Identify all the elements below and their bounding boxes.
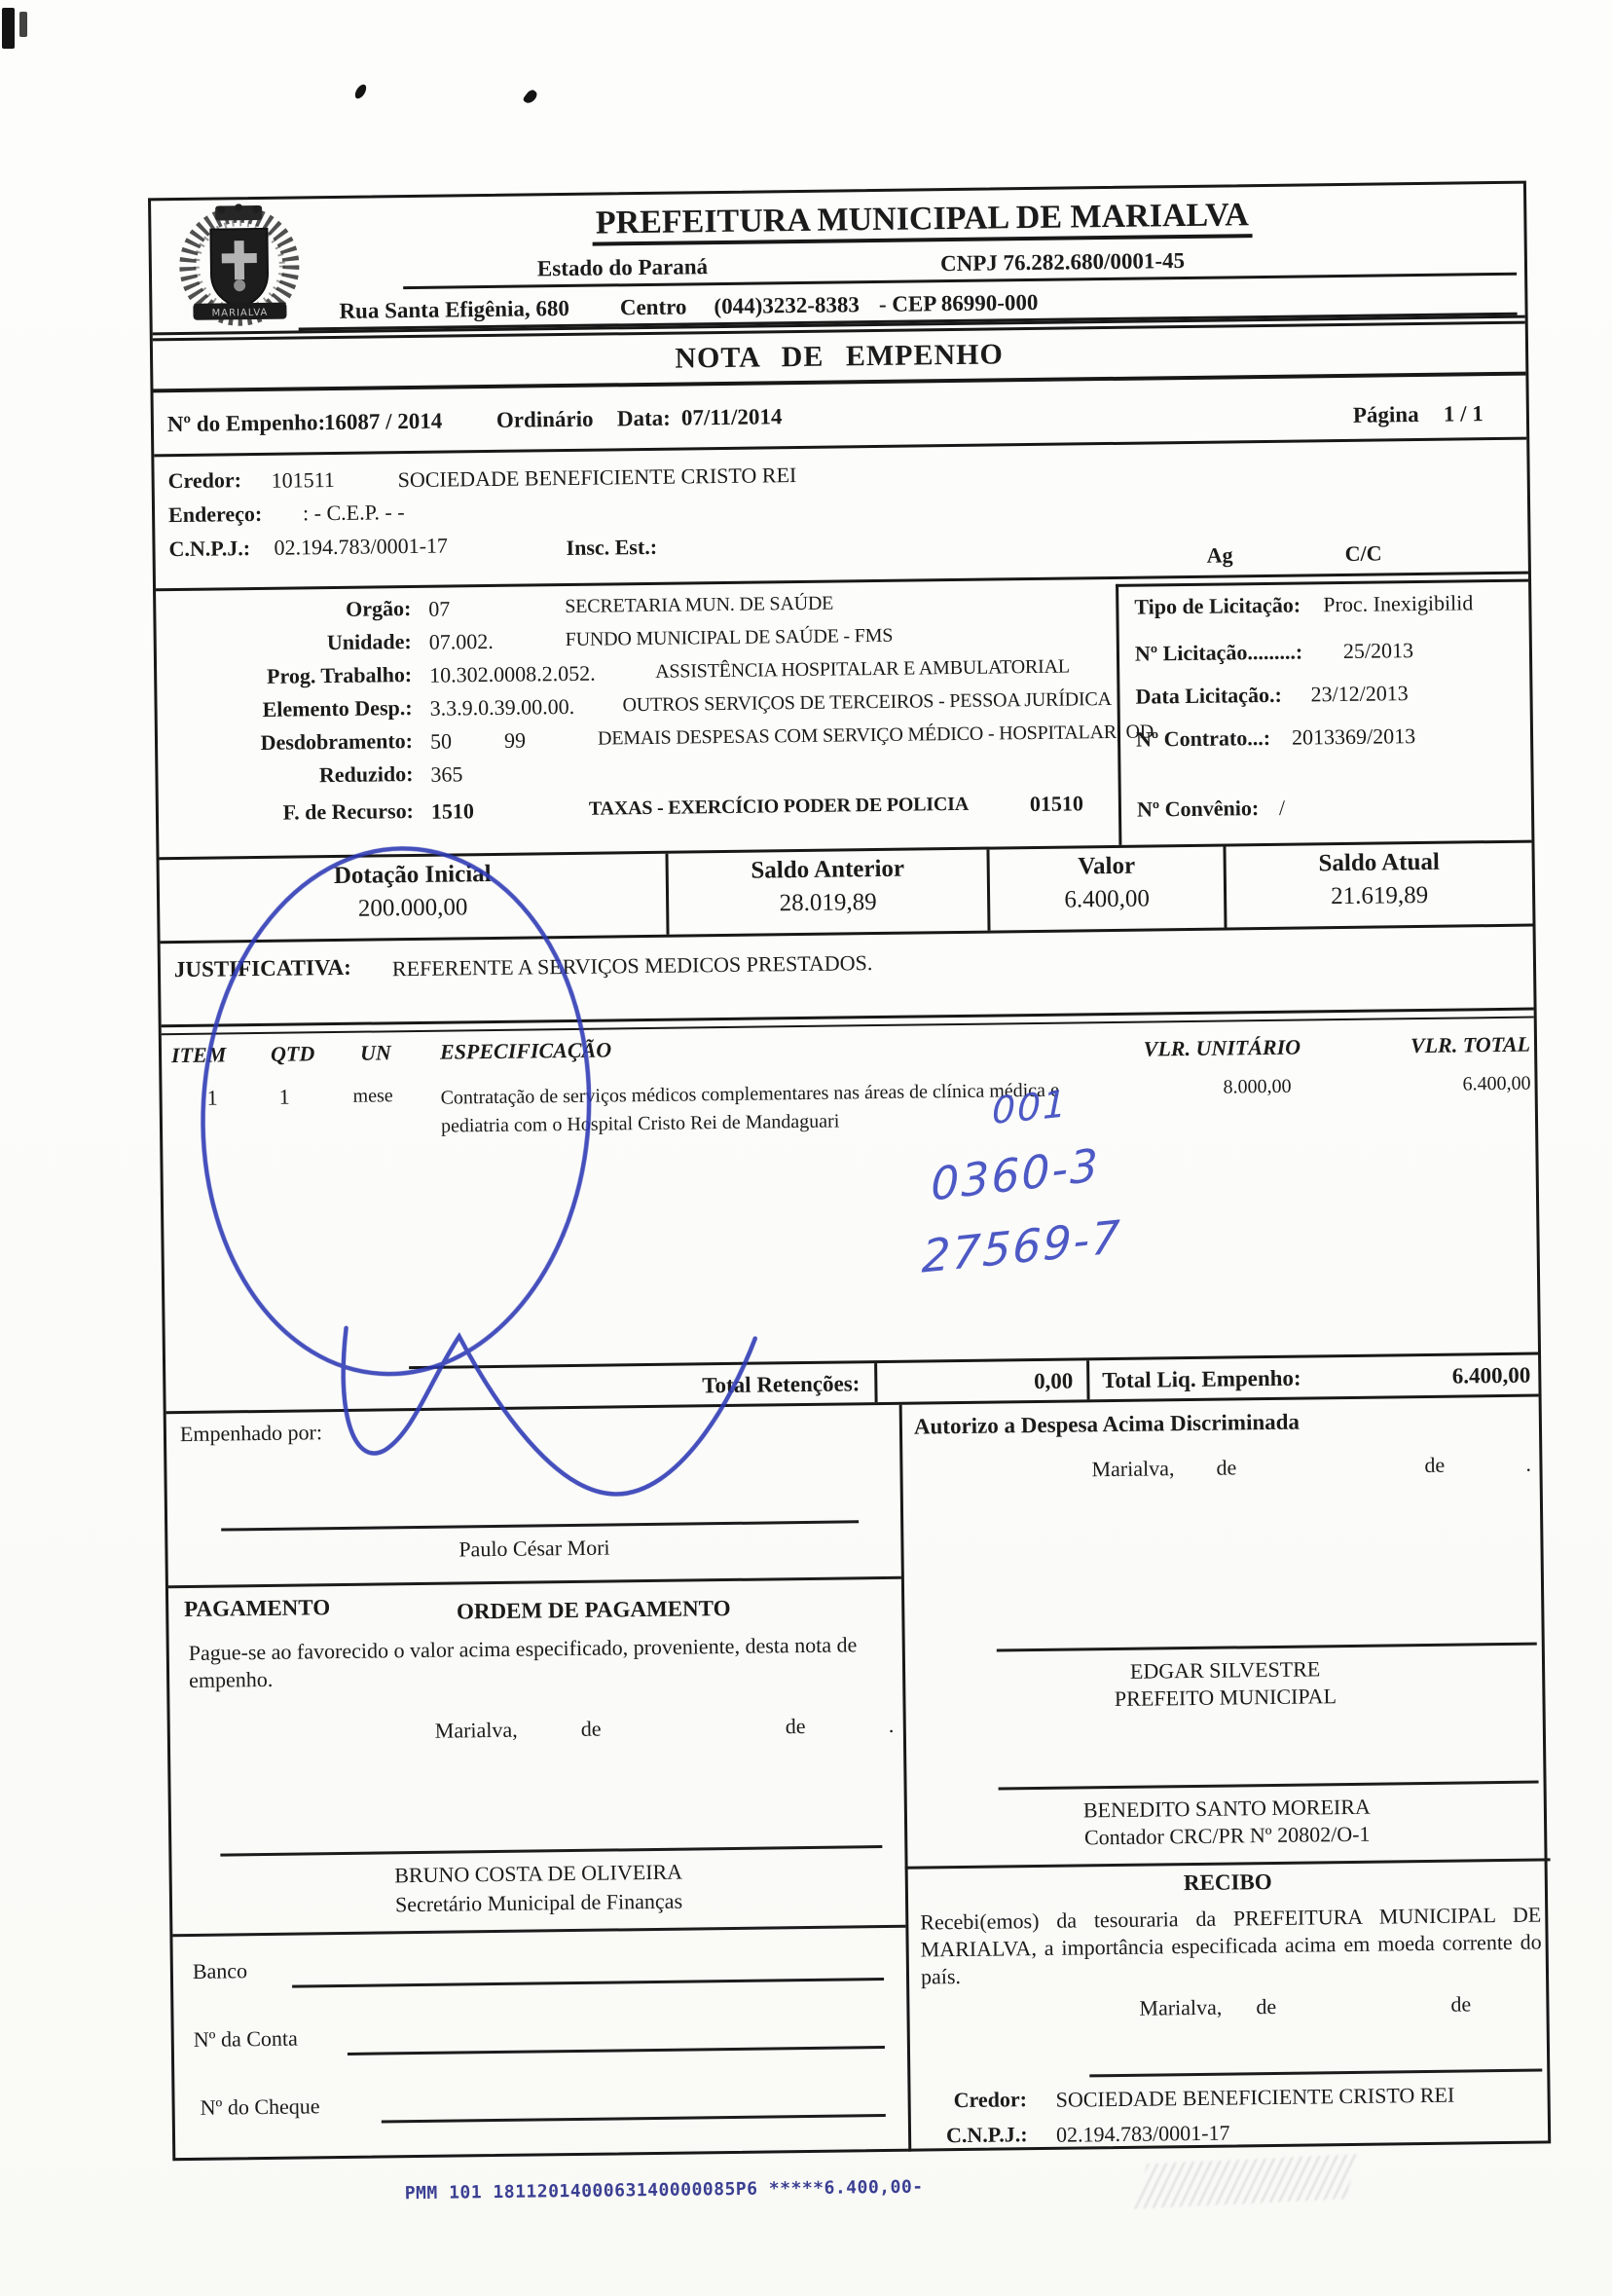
empenho-kind: Ordinário [496,407,594,433]
autorizo-title: Autorizo a Despesa Acima Discriminada [914,1410,1300,1440]
total-liq-empenho-value: 6.400,00 [1373,1363,1530,1390]
banco-field-line [292,1978,884,1988]
empenho-date-label: Data: [617,406,671,432]
saldo-atual-label: Saldo Atual [1227,848,1532,879]
unidade-desc: FUNDO MUNICIPAL DE SAÚDE - FMS [566,625,894,651]
orgao-code: 07 [428,597,450,622]
ag-label: Ag [1207,542,1233,568]
recibo-text: Recebi(emos) da tesouraria da PREFEITURA… [920,1902,1542,1991]
justificativa-label: JUSTIFICATIVA: [174,955,351,982]
elemento-desp-code: 3.3.9.0.39.00.00. [429,694,574,722]
unidade-label: Unidade: [157,629,412,657]
prog-trabalho-code: 10.302.0008.2.052. [429,661,596,688]
scan-noise-mark [353,83,368,100]
licitacao-box: Tipo de Licitação: Proc. Inexigibilid Nº… [1116,579,1531,845]
justificativa-row: JUSTIFICATIVA: REFERENTE A SERVIÇOS MEDI… [161,927,1534,1028]
saldo-atual-cell: Saldo Atual 21.619,89 [1223,843,1532,928]
saldo-anterior-cell: Saldo Anterior 28.019,89 [666,850,988,935]
prog-trabalho-desc: ASSISTÊNCIA HOSPITALAR E AMBULATORIAL [655,656,1070,684]
recibo-city: Marialva, [1139,1995,1222,2021]
desdobramento-desc: DEMAIS DESPESAS COM SERVIÇO MÉDICO - HOS… [598,721,1154,750]
desdobramento-label: Desdobramento: [158,728,413,757]
empenho-number-label: Nº do Empenho: [167,410,326,437]
cnpj-value: 02.194.783/0001-17 [274,534,448,561]
cheque-label: Nº do Cheque [200,2093,319,2121]
endereco-value: : - C.E.P. - - [303,500,405,526]
recibo-cnpj-label: C.N.P.J.: [946,2122,1028,2148]
credor-block: Credor: 101511 SOCIEDADE BENEFICIENTE CR… [154,440,1528,592]
tipo-licitacao-value: Proc. Inexigibilid [1323,590,1473,617]
col-header-qtd: QTD [271,1041,315,1067]
col-header-item: ITEM [171,1042,227,1068]
endereco-label: Endereço: [168,501,262,528]
pagamento-de2: de [786,1714,806,1739]
credor-label: Credor: [167,467,241,494]
fonte-recurso-extra: 01510 [996,791,1083,817]
recibo-title: RECIBO [905,1866,1551,1899]
dotacao-inicial-label: Dotação Inicial [160,859,666,893]
nota-de-empenho-form: MARIALVA PREFEITURA MUNICIPAL DE MARIALV… [148,181,1551,2162]
header-cep: - CEP 86990-000 [879,290,1039,316]
finance-secretary-name: BRUNO COSTA DE OLIVEIRA [172,1857,905,1891]
fonte-recurso-code: 1510 [431,798,474,825]
elemento-desp-desc: OUTROS SERVIÇOS DE TERCEIROS - PESSOA JU… [622,688,1111,717]
col-header-vlr-unitario: VLR. UNITÁRIO [1120,1035,1301,1062]
num-contrato-value: 2013369/2013 [1292,723,1415,751]
contador-role: Contador CRC/PR Nº 20802/O-1 [904,1819,1550,1852]
valor-value: 6.400,00 [990,885,1224,915]
empenhado-signer-name: Paulo César Mori [167,1532,900,1566]
data-licitacao-label: Data Licitação.: [1135,683,1282,710]
credor-name: SOCIEDADE BENEFICIENTE CRISTO REI [398,463,797,493]
finance-secretary-role: Secretário Municipal de Finanças [172,1886,905,1920]
insc-est-label: Insc. Est.: [566,535,657,561]
page-number-label: Página [1353,402,1419,428]
page-number-value: 1 / 1 [1444,401,1484,427]
autorizo-city: Marialva, [1091,1456,1174,1482]
unidade-code: 07.002. [429,629,494,655]
cc-label: C/C [1345,540,1382,566]
conta-label: Nº da Conta [194,2026,298,2053]
prog-trabalho-label: Prog. Trabalho: [157,662,412,690]
prefeito-role: PREFEITO MUNICIPAL [902,1681,1548,1714]
totals-divider [874,1363,878,1402]
empenho-number-value: 16087 / 2014 [324,409,443,436]
autorizo-de1: de [1216,1455,1236,1480]
header-cnpj: CNPJ 76.282.680/0001-45 [940,248,1185,276]
item-vlr-total: 6.400,00 [1367,1073,1530,1097]
item-number: 1 [206,1086,217,1111]
saldo-anterior-label: Saldo Anterior [669,855,987,886]
header-title-wrap: PREFEITURA MUNICIPAL DE MARIALVA [326,194,1518,245]
dotacao-inicial-value: 200.000,00 [160,892,666,926]
signature-line [997,1643,1537,1652]
signatures-section: Empenhado por: Paulo César Mori PAGAMENT… [166,1394,1549,2162]
recibo-de2: de [1450,1991,1471,2017]
items-table: ITEM QTD UN ESPECIFICAÇÃO VLR. UNITÁRIO … [162,1017,1539,1412]
recibo-credor-label: Credor: [953,2087,1027,2113]
data-licitacao-value: 23/12/2013 [1310,681,1409,707]
num-convenio-value: / [1279,796,1285,821]
document-title: NOTA DE EMPENHO [153,324,1526,389]
header-district: Centro [620,294,687,319]
total-retencoes-value: 0,00 [888,1369,1073,1396]
scan-noise-mark [19,12,27,37]
valor-label: Valor [990,852,1224,882]
box-line [172,1925,905,1937]
reduzido-code: 365 [430,761,462,787]
pagamento-dot: . [889,1713,895,1738]
totals-divider [1086,1360,1090,1399]
stamp-smudge [1133,2154,1359,2208]
elemento-desp-label: Elemento Desp.: [157,695,412,723]
item-vlr-unitario: 8.000,00 [1125,1076,1291,1100]
scan-noise-mark [522,89,538,106]
orgao-label: Orgão: [156,596,411,624]
justificativa-text: REFERENTE A SERVIÇOS MEDICOS PRESTADOS. [392,950,873,981]
cheque-field-line [382,2114,886,2124]
col-header-vlr-total: VLR. TOTAL [1367,1032,1530,1059]
fonte-recurso-label: F. de Recurso: [159,798,414,827]
desdobramento-code: 50 [430,729,452,755]
item-qtd: 1 [278,1085,289,1110]
dotacao-inicial-cell: Dotação Inicial 200.000,00 [160,854,667,942]
page-title: PREFEITURA MUNICIPAL DE MARIALVA [592,197,1253,246]
autorizo-dot: . [1525,1452,1531,1477]
col-header-un: UN [360,1040,391,1065]
desdobramento-code2: 99 [504,728,526,754]
header-street: Rua Santa Efigênia, 680 [339,296,569,323]
handwritten-note-line1: 001 [992,1082,1068,1132]
signature-line [220,1845,882,1857]
tipo-licitacao-label: Tipo de Licitação: [1134,593,1301,620]
valor-cell: Valor 6.400,00 [986,847,1224,931]
signature-line [221,1520,859,1531]
credor-code: 101511 [271,467,335,494]
municipal-crest-logo: MARIALVA [165,203,314,331]
scan-noise-mark [2,8,15,49]
ordem-pagamento-text: Pague-se ao favorecido o valor acima esp… [189,1631,881,1694]
dot-matrix-print-line: PMM 101 1811201400063140000085P6 *****6.… [405,2177,924,2204]
header-line-2: Estado do Paraná CNPJ 76.282.680/0001-45 [403,244,1517,289]
cnpj-label: C.N.P.J.: [168,536,250,562]
num-contrato-label: Nº Contrato...: [1136,725,1270,753]
recibo-de1: de [1256,1994,1276,2019]
banco-label: Banco [193,1958,248,1984]
num-licitacao-value: 25/2013 [1343,638,1413,664]
signature-line [1089,2069,1542,2078]
svg-text:MARIALVA: MARIALVA [212,308,269,319]
saldo-atual-value: 21.619,89 [1227,881,1532,912]
signature-line [999,1781,1539,1791]
recibo-credor-value: SOCIEDADE BENEFICIENTE CRISTO REI [1055,2083,1454,2113]
document-scan: MARIALVA PREFEITURA MUNICIPAL DE MARIALV… [148,181,1553,2273]
ordem-pagamento-title: ORDEM DE PAGAMENTO [285,1594,901,1627]
pagamento-city: Marialva, [435,1718,518,1744]
num-convenio-label: Nº Convênio: [1137,796,1260,823]
num-licitacao-label: Nº Licitação.........: [1135,640,1303,667]
total-retencoes-label: Total Retenções: [526,1371,860,1400]
column-divider [899,1405,912,2152]
conta-field-line [348,2046,885,2055]
budget-classification-block: Orgão: 07 SECRETARIA MUN. DE SAÚDE Unida… [156,574,1531,861]
orgao-desc: SECRETARIA MUN. DE SAÚDE [565,593,833,618]
scanned-page: MARIALVA PREFEITURA MUNICIPAL DE MARIALV… [0,0,1612,2296]
recibo-cnpj-value: 02.194.783/0001-17 [1056,2121,1230,2148]
item-un: mese [352,1085,392,1108]
form-header: MARIALVA PREFEITURA MUNICIPAL DE MARIALV… [151,184,1525,336]
total-liq-empenho-label: Total Liq. Empenho: [1102,1366,1301,1394]
reduzido-label: Reduzido: [158,761,413,790]
header-phone: (044)3232-8383 [714,292,860,318]
empenhado-por-label: Empenhado por: [180,1420,322,1447]
header-state: Estado do Paraná [537,254,708,280]
box-line [168,1576,901,1588]
fonte-recurso-desc: TAXAS - EXERCÍCIO PODER DE POLICIA [589,794,969,821]
empenho-date-value: 07/11/2014 [681,404,783,430]
col-header-especificacao: ESPECIFICAÇÃO [440,1037,611,1064]
pagamento-de1: de [581,1717,602,1742]
autorizo-de2: de [1424,1453,1445,1478]
saldo-anterior-value: 28.019,89 [669,888,987,919]
